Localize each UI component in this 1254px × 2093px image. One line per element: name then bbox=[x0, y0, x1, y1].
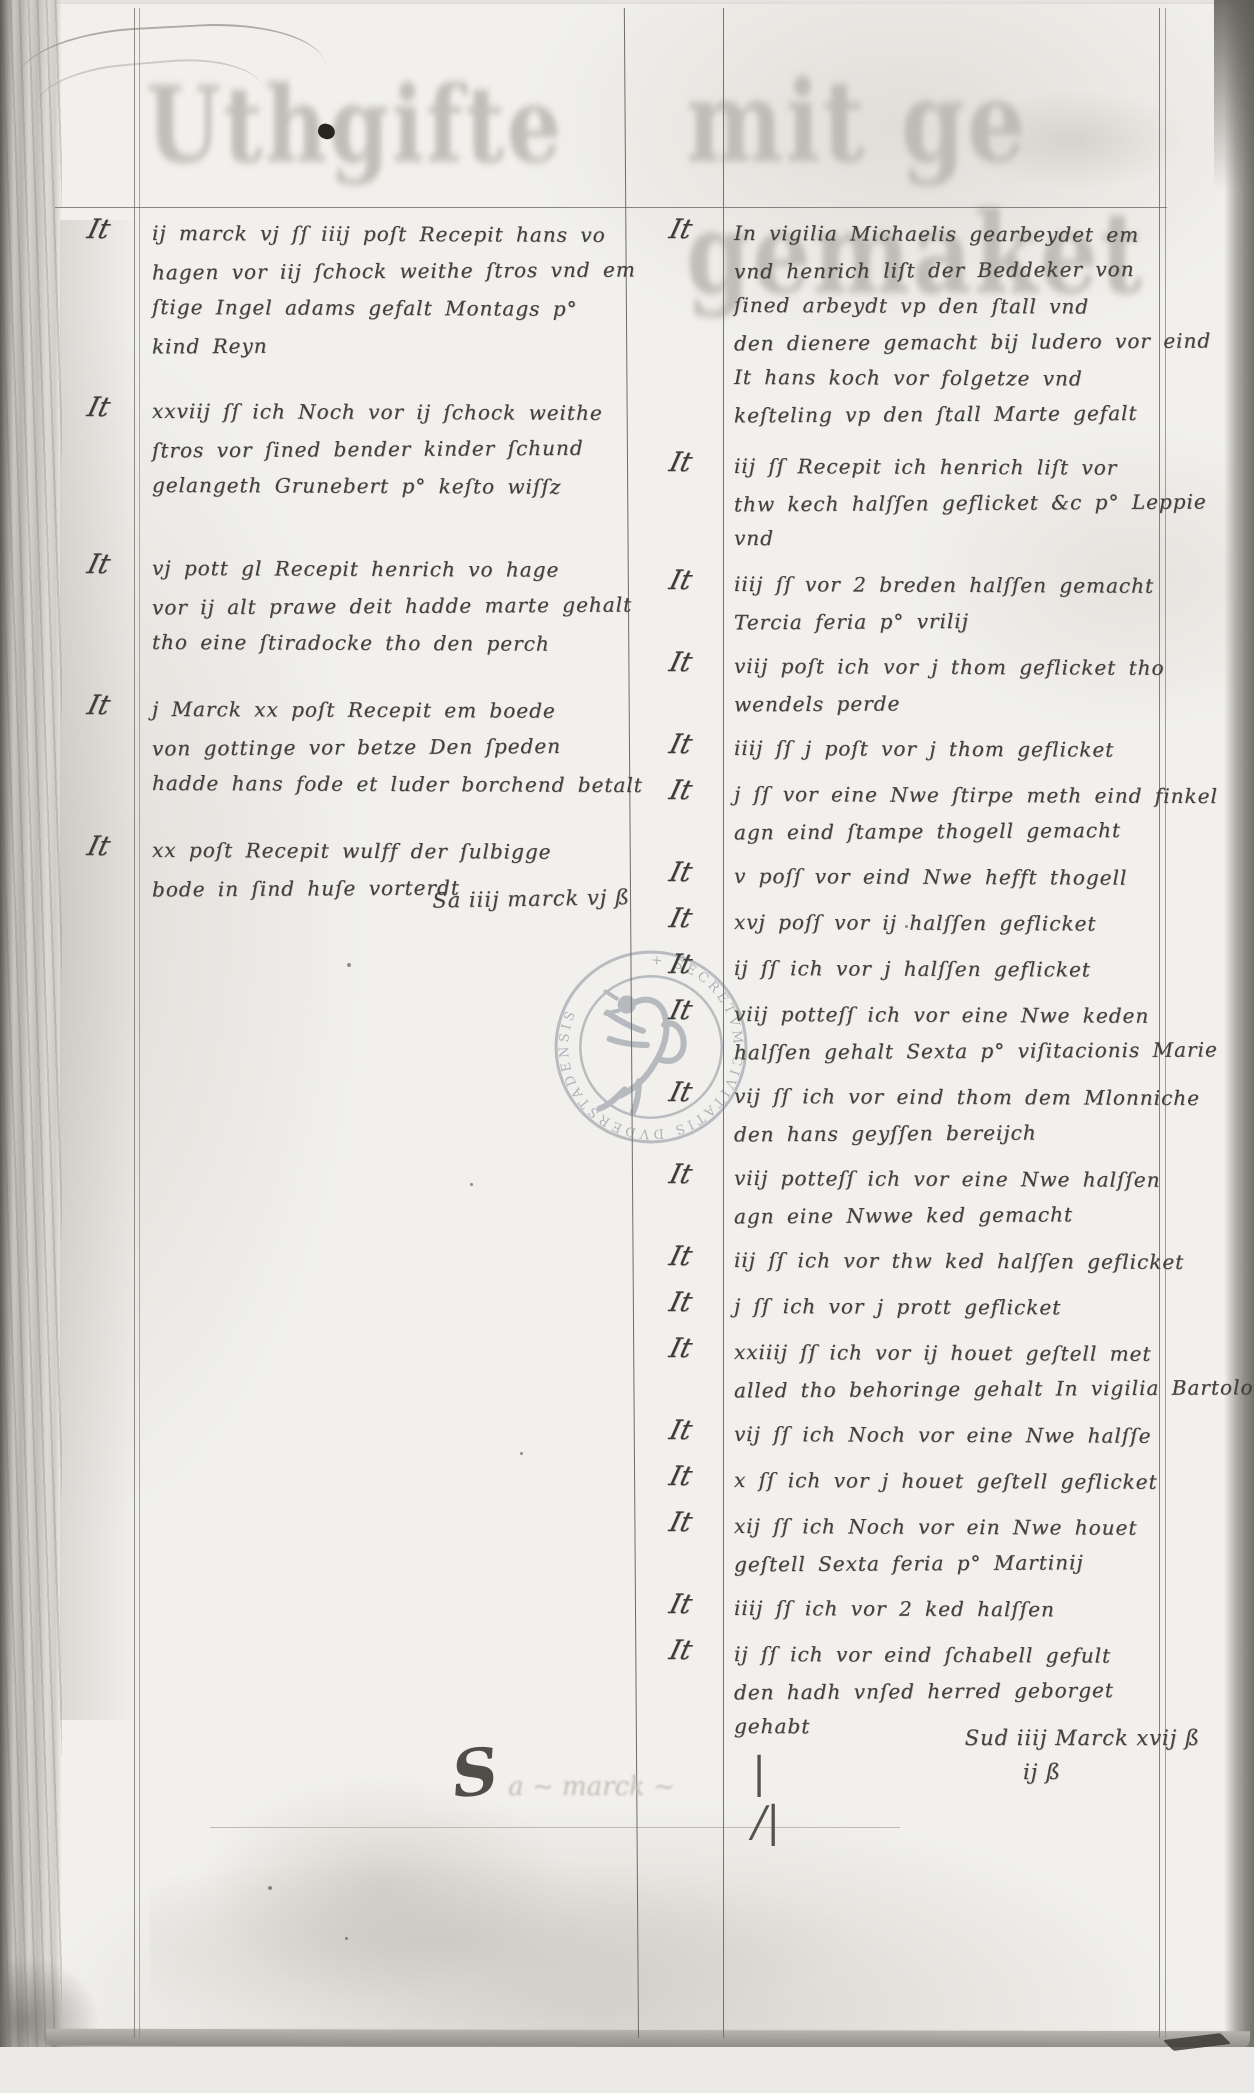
handwritten-line: vnd bbox=[734, 520, 1204, 558]
handwritten-line: It hans koch vor folgetze vnd bbox=[734, 359, 1204, 397]
handwritten-line: j ſſ ich vor j prott geflicket bbox=[734, 1288, 1204, 1326]
ledger-entry: ItIn vigilia Michaelis gearbeydet emvnd … bbox=[734, 216, 1204, 432]
handwritten-line: j ſſ vor eine Nwe ſtirpe meth eind finke… bbox=[734, 776, 1204, 814]
seal-legend-text: + SECRETVM CIVITATIS DVDERSTADENSIS bbox=[557, 953, 745, 1141]
handwritten-line: vor ij alt prawe deit hadde marte gehalt bbox=[152, 587, 632, 627]
ink-speck bbox=[268, 1886, 272, 1890]
ledger-entry: Itiij ſſ Recepit ich henrich liſt vorthw… bbox=[734, 449, 1204, 557]
ledger-entry: Itj ſſ ich vor j prott geflicket bbox=[734, 1289, 1204, 1325]
ledger-entry: Itx ſſ ich vor j houet geſtell geflicket bbox=[734, 1463, 1204, 1499]
handwritten-line: ij marck vj ſſ iiij poſt Recepit hans vo bbox=[152, 215, 632, 254]
page-bottom-edge bbox=[46, 2029, 1250, 2049]
ledger-entry: Itiiij ſſ vor 2 breden halſſen gemachtTe… bbox=[734, 567, 1204, 639]
handwritten-line: keſteling vp den ſtall Marte gefalt bbox=[734, 395, 1204, 434]
handwritten-line: alled tho behoringe gehalt In vigilia Ba… bbox=[734, 1370, 1204, 1409]
margin-rule-line bbox=[139, 8, 140, 2038]
handwritten-line: xxviij ſſ ich Noch vor ij ſchock weithe bbox=[152, 393, 632, 432]
city-seal-stamp: + SECRETVM CIVITATIS DVDERSTADENSIS bbox=[550, 946, 752, 1148]
handwritten-line: xxiiij ſſ ich vor ij houet geſtell met bbox=[734, 1334, 1204, 1372]
ledger-entry: Itij ſſ ich vor j halſſen geflicket bbox=[734, 951, 1204, 987]
ledger-entry: Itvij ſſ ich Noch vor eine Nwe halſſe bbox=[734, 1417, 1204, 1453]
handwritten-line: xij ſſ ich Noch vor ein Nwe houet bbox=[734, 1508, 1204, 1546]
handwritten-line: ſined arbeydt vp den ſtall vnd bbox=[734, 287, 1204, 325]
faded-header-text: Uthgifte bbox=[146, 64, 564, 187]
handwritten-line: ij ſſ ich vor eind ſchabell gefult bbox=[734, 1636, 1204, 1674]
margin-rule-line bbox=[134, 8, 135, 2038]
ledger-entry: Itiiij ſſ j poſt vor j thom geflicket bbox=[734, 731, 1204, 767]
ink-speck bbox=[520, 1452, 523, 1455]
ledger-entry: Itiiij ſſ ich vor 2 ked halſſen bbox=[734, 1591, 1204, 1627]
handwritten-line: iij ſſ ich vor thw ked halſſen geflicket bbox=[734, 1242, 1204, 1280]
ledger-entry: Itxxiiij ſſ ich vor ij houet geſtell met… bbox=[734, 1335, 1204, 1407]
ledger-entry: Itviij potteſſ ich vor eine Nwe halſſena… bbox=[734, 1161, 1204, 1233]
handwritten-line: agn eind ſtampe thogell gemacht bbox=[734, 812, 1204, 851]
handwritten-line: viij potteſſ ich vor eine Nwe keden bbox=[734, 996, 1204, 1034]
handwritten-line: den dienere gemacht bij ludero vor eind bbox=[734, 323, 1204, 362]
ledger-entry: Itiij ſſ ich vor thw ked halſſen geflick… bbox=[734, 1243, 1204, 1279]
ledger-entry: Itxvj poſſ vor ij halſſen geflicket bbox=[734, 905, 1204, 941]
handwritten-line: tho eine ſtiradocke tho den perch bbox=[152, 624, 632, 663]
handwritten-line: vnd henrich liſt der Beddeker von bbox=[734, 251, 1204, 290]
handwritten-line: v poſſ vor eind Nwe hefft thogell bbox=[734, 858, 1204, 896]
handwritten-line: Tercia feria p° vrilij bbox=[734, 602, 1204, 641]
handwritten-line: hagen vor iij ſchock weithe ſtros vnd em bbox=[152, 252, 632, 292]
handwritten-line: viij poſt ich vor j thom geflicket tho bbox=[734, 648, 1204, 686]
handwritten-line: gelangeth Grunebert p° keſto wiſſz bbox=[152, 467, 632, 506]
right-column-sum: Sud iiij Marck xvij ß bbox=[878, 1726, 1200, 1750]
handwritten-line: vj pott gl Recepit henrich vo hage bbox=[152, 550, 632, 589]
margin-shadow-stain bbox=[60, 220, 140, 1720]
handwritten-line: viij potteſſ ich vor eine Nwe halſſen bbox=[734, 1160, 1204, 1198]
handwritten-line: iiij ſſ j poſt vor j thom geflicket bbox=[734, 730, 1204, 768]
right-column-sum-remainder: ij ß bbox=[982, 1760, 1102, 1784]
bottom-stain bbox=[150, 1856, 870, 2026]
ledger-entry: Itviij poſt ich vor j thom geflicket tho… bbox=[734, 649, 1204, 721]
handwritten-line: x ſſ ich vor j houet geſtell geflicket bbox=[734, 1462, 1204, 1500]
ledger-entry: Itj ſſ vor eine Nwe ſtirpe meth eind fin… bbox=[734, 777, 1204, 849]
handwritten-line: den hadh vnſed herred geborget bbox=[734, 1672, 1204, 1711]
handwritten-line: kind Reyn bbox=[152, 326, 632, 366]
handwritten-line: xx poſt Recepit wulff der ſulbigge bbox=[152, 832, 632, 871]
tally-strokes: | /| bbox=[752, 1748, 780, 1846]
handwritten-line: thw kech halſſen geflicket &c p° Leppie bbox=[734, 484, 1204, 523]
left-column: Itij marck vj ſſ iiij poſt Recepit hans … bbox=[152, 216, 632, 937]
handwritten-line: vij ſſ ich vor eind thom dem Mlonniche bbox=[734, 1078, 1204, 1116]
ledger-entry: Itvj pott gl Recepit henrich vo hagevor … bbox=[152, 551, 632, 662]
header-rule-line bbox=[55, 207, 1167, 208]
svg-text:+ SECRETVM CIVITATIS DVDERSTAD: + SECRETVM CIVITATIS DVDERSTADENSIS bbox=[557, 953, 745, 1141]
ledger-entry: Itxij ſſ ich Noch vor ein Nwe houetgeſte… bbox=[734, 1509, 1204, 1581]
handwritten-line: iiij ſſ vor 2 breden halſſen gemacht bbox=[734, 566, 1204, 604]
handwritten-line: j Marck xx poſt Recepit em boede bbox=[152, 691, 632, 730]
ink-speck bbox=[345, 1937, 348, 1940]
ink-speck bbox=[347, 963, 351, 967]
handwritten-line: xvj poſſ vor ij halſſen geflicket bbox=[734, 904, 1204, 942]
summa-faint-text: a ~ marck ~ bbox=[508, 1772, 675, 1802]
ledger-entry: Itvij ſſ ich vor eind thom dem Mlonniche… bbox=[734, 1079, 1204, 1151]
handwritten-line: halſſen gehalt Sexta p° viſitacionis Mar… bbox=[734, 1032, 1204, 1071]
handwritten-line: ij ſſ ich vor j halſſen geflicket bbox=[734, 950, 1204, 988]
ledger-entry: Itxxviij ſſ ich Noch vor ij ſchock weith… bbox=[152, 394, 632, 505]
handwritten-line: vij ſſ ich Noch vor eine Nwe halſſe bbox=[734, 1416, 1204, 1454]
manuscript-page: Uthgifte mit ge gemaket + SECRETVM CIVIT… bbox=[0, 0, 1254, 2093]
summa-flourish: Sa ~ marck ~ | /| bbox=[452, 1742, 675, 1806]
handwritten-line: geſtell Sexta feria p° Martinij bbox=[734, 1544, 1204, 1583]
next-page-strip bbox=[0, 2047, 1254, 2093]
right-column: ItIn vigilia Michaelis gearbeydet emvnd … bbox=[734, 216, 1204, 1755]
ledger-entry: Itij marck vj ſſ iiij poſt Recepit hans … bbox=[152, 216, 632, 364]
handwritten-line: In vigilia Michaelis gearbeydet em bbox=[734, 215, 1204, 253]
handwritten-line: von gottinge vor betze Den ſpeden bbox=[152, 728, 632, 768]
handwritten-line: hadde hans fode et luder borchend betalt bbox=[152, 765, 632, 804]
ink-speck bbox=[470, 1183, 473, 1186]
handwritten-line: wendels perde bbox=[734, 684, 1204, 723]
handwritten-line: iiij ſſ ich vor 2 ked halſſen bbox=[734, 1590, 1204, 1628]
handwritten-line: agn eine Nwwe ked gemacht bbox=[734, 1196, 1204, 1235]
column-divider-line bbox=[723, 8, 724, 2038]
handwritten-line: den hans geyſſen bereijch bbox=[734, 1114, 1204, 1153]
binding-edge bbox=[0, 0, 62, 2050]
handwritten-line: ſtige Ingel adams gefalt Montags p° bbox=[152, 289, 632, 328]
footer-faint-line bbox=[210, 1827, 900, 1828]
handwritten-line: ſtros vor ſined bender kinder ſchund bbox=[152, 430, 632, 470]
ledger-entry: Itv poſſ vor eind Nwe hefft thogell bbox=[734, 859, 1204, 895]
summa-initial: S bbox=[448, 1739, 502, 1808]
ledger-entry: Itj Marck xx poſt Recepit em boedevon go… bbox=[152, 692, 632, 803]
handwritten-line: iij ſſ Recepit ich henrich liſt vor bbox=[734, 448, 1204, 486]
ledger-entry: Itviij potteſſ ich vor eine Nwe kedenhal… bbox=[734, 997, 1204, 1069]
